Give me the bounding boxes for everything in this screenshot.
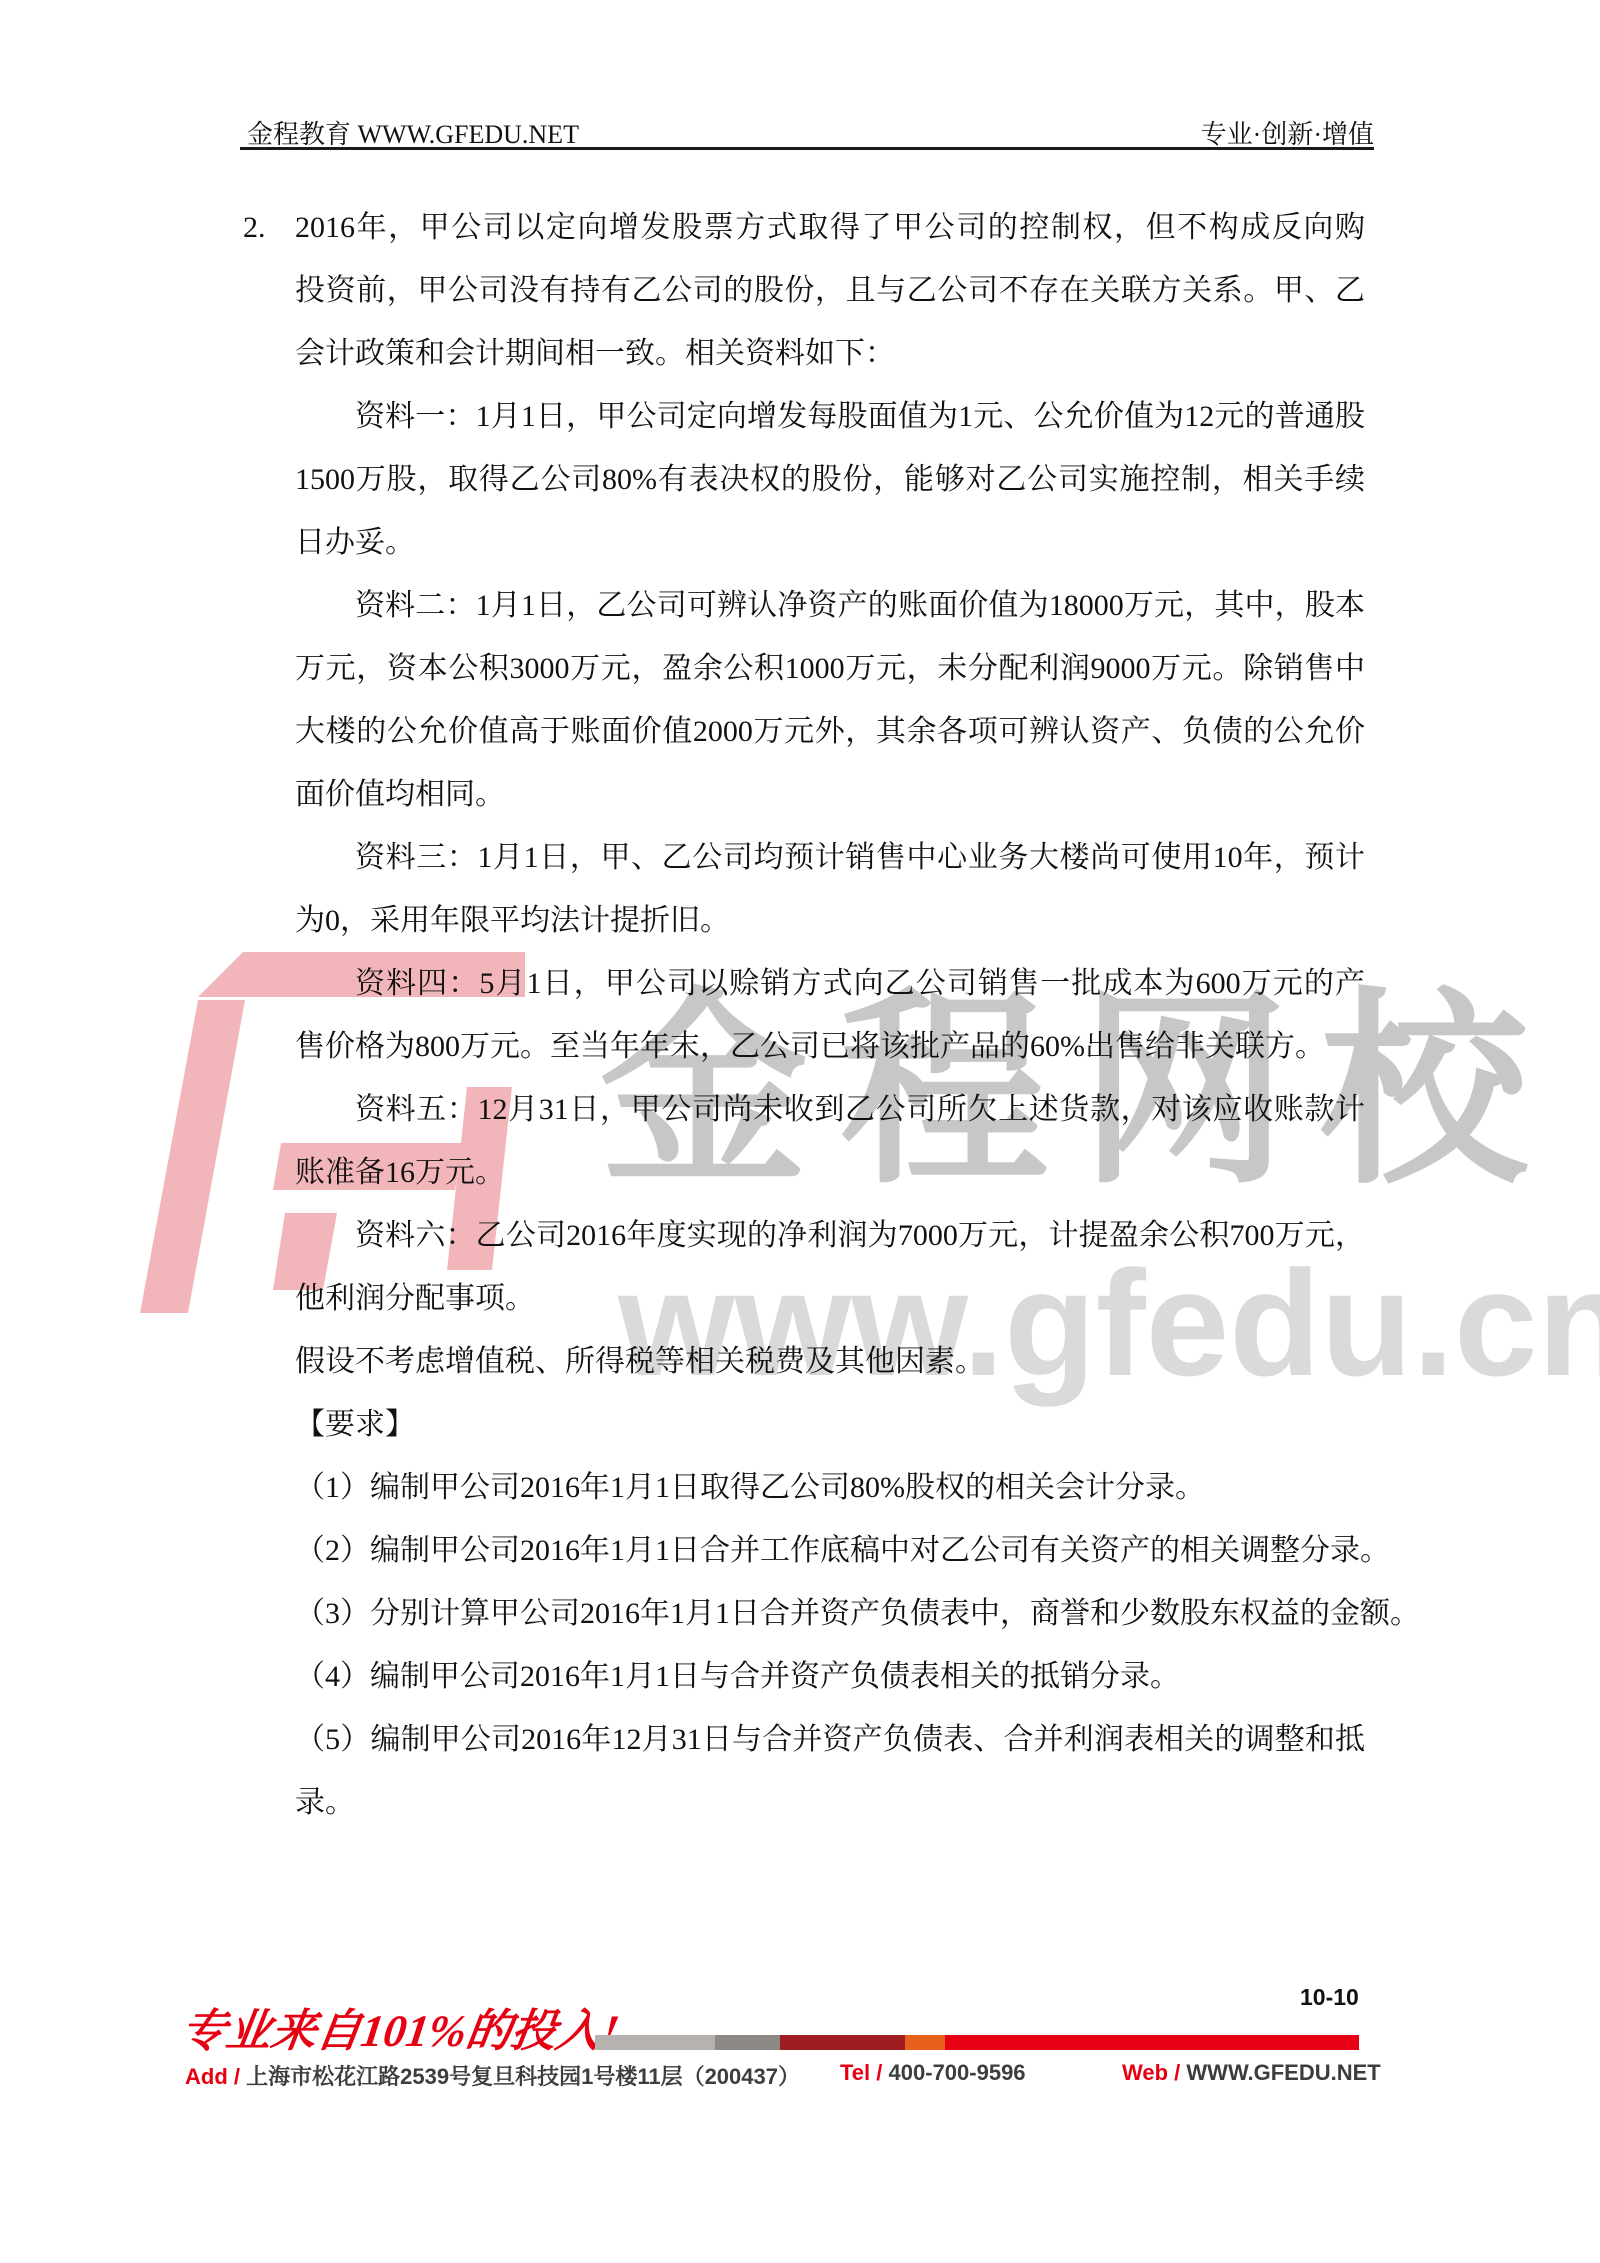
body-text-line: 资料一：1月1日，甲公司定向增发每股面值为1元、公允价值为12元的普通股股票	[295, 395, 1365, 439]
body-text-line: 资料六：乙公司2016年度实现的净利润为7000万元，计提盈余公积700万元，无…	[295, 1214, 1365, 1258]
document-body: 2. 2016年，甲公司以定向增发股票方式取得了甲公司的控制权，但不构成反向购买…	[0, 0, 1600, 2263]
body-text-line: 投资前，甲公司没有持有乙公司的股份，且与乙公司不存在关联方关系。甲、乙公司的	[295, 269, 1365, 313]
body-text-line: 为0，采用年限平均法计提折旧。	[295, 899, 1365, 943]
body-text-line: 【要求】	[295, 1403, 1365, 1447]
body-text-line: 账准备16万元。	[295, 1151, 1365, 1195]
body-text-line: 面价值均相同。	[295, 773, 1365, 817]
body-text-line: 万元，资本公积3000万元，盈余公积1000万元，未分配利润9000万元。除销售…	[295, 647, 1365, 691]
body-text-line: （3）分别计算甲公司2016年1月1日合并资产负债表中，商誉和少数股东权益的金额…	[295, 1592, 1365, 1636]
body-text-line: （2）编制甲公司2016年1月1日合并工作底稿中对乙公司有关资产的相关调整分录。	[295, 1529, 1365, 1573]
body-text-line: （5）编制甲公司2016年12月31日与合并资产负债表、合并利润表相关的调整和抵…	[295, 1718, 1365, 1762]
document-page: { "colors": { "accent_red": "#e60012", "…	[0, 0, 1600, 2263]
body-text-line: 会计政策和会计期间相一致。相关资料如下：	[295, 332, 1365, 376]
body-text-line: 资料四：5月1日，甲公司以赊销方式向乙公司销售一批成本为600万元的产品，销	[295, 962, 1365, 1006]
body-text-line: （1）编制甲公司2016年1月1日取得乙公司80%股权的相关会计分录。	[295, 1466, 1365, 1510]
body-text-line: 2016年，甲公司以定向增发股票方式取得了甲公司的控制权，但不构成反向购买。本次	[295, 206, 1365, 250]
list-item-number: 2.	[243, 206, 266, 250]
body-text-line: （4）编制甲公司2016年1月1日与合并资产负债表相关的抵销分录。	[295, 1655, 1365, 1699]
body-text-line: 资料五：12月31日，甲公司尚未收到乙公司所欠上述货款，对该应收账款计提了坏	[295, 1088, 1365, 1132]
body-text-line: 日办妥。	[295, 521, 1365, 565]
body-text-line: 资料二：1月1日，乙公司可辨认净资产的账面价值为18000万元，其中，股本500…	[295, 584, 1365, 628]
body-text-line: 假设不考虑增值税、所得税等相关税费及其他因素。	[295, 1340, 1365, 1384]
body-text-line: 大楼的公允价值高于账面价值2000万元外，其余各项可辨认资产、负债的公允价值与账	[295, 710, 1365, 754]
body-text-line: 他利润分配事项。	[295, 1277, 1365, 1321]
body-text-line: 1500万股，取得乙公司80%有表决权的股份，能够对乙公司实施控制，相关手续已于…	[295, 458, 1365, 502]
body-text-line: 售价格为800万元。至当年年末，乙公司已将该批产品的60%出售给非关联方。	[295, 1025, 1365, 1069]
body-text-line: 资料三：1月1日，甲、乙公司均预计销售中心业务大楼尚可使用10年，预计净残值	[295, 836, 1365, 880]
body-text-line: 录。	[295, 1781, 1365, 1825]
